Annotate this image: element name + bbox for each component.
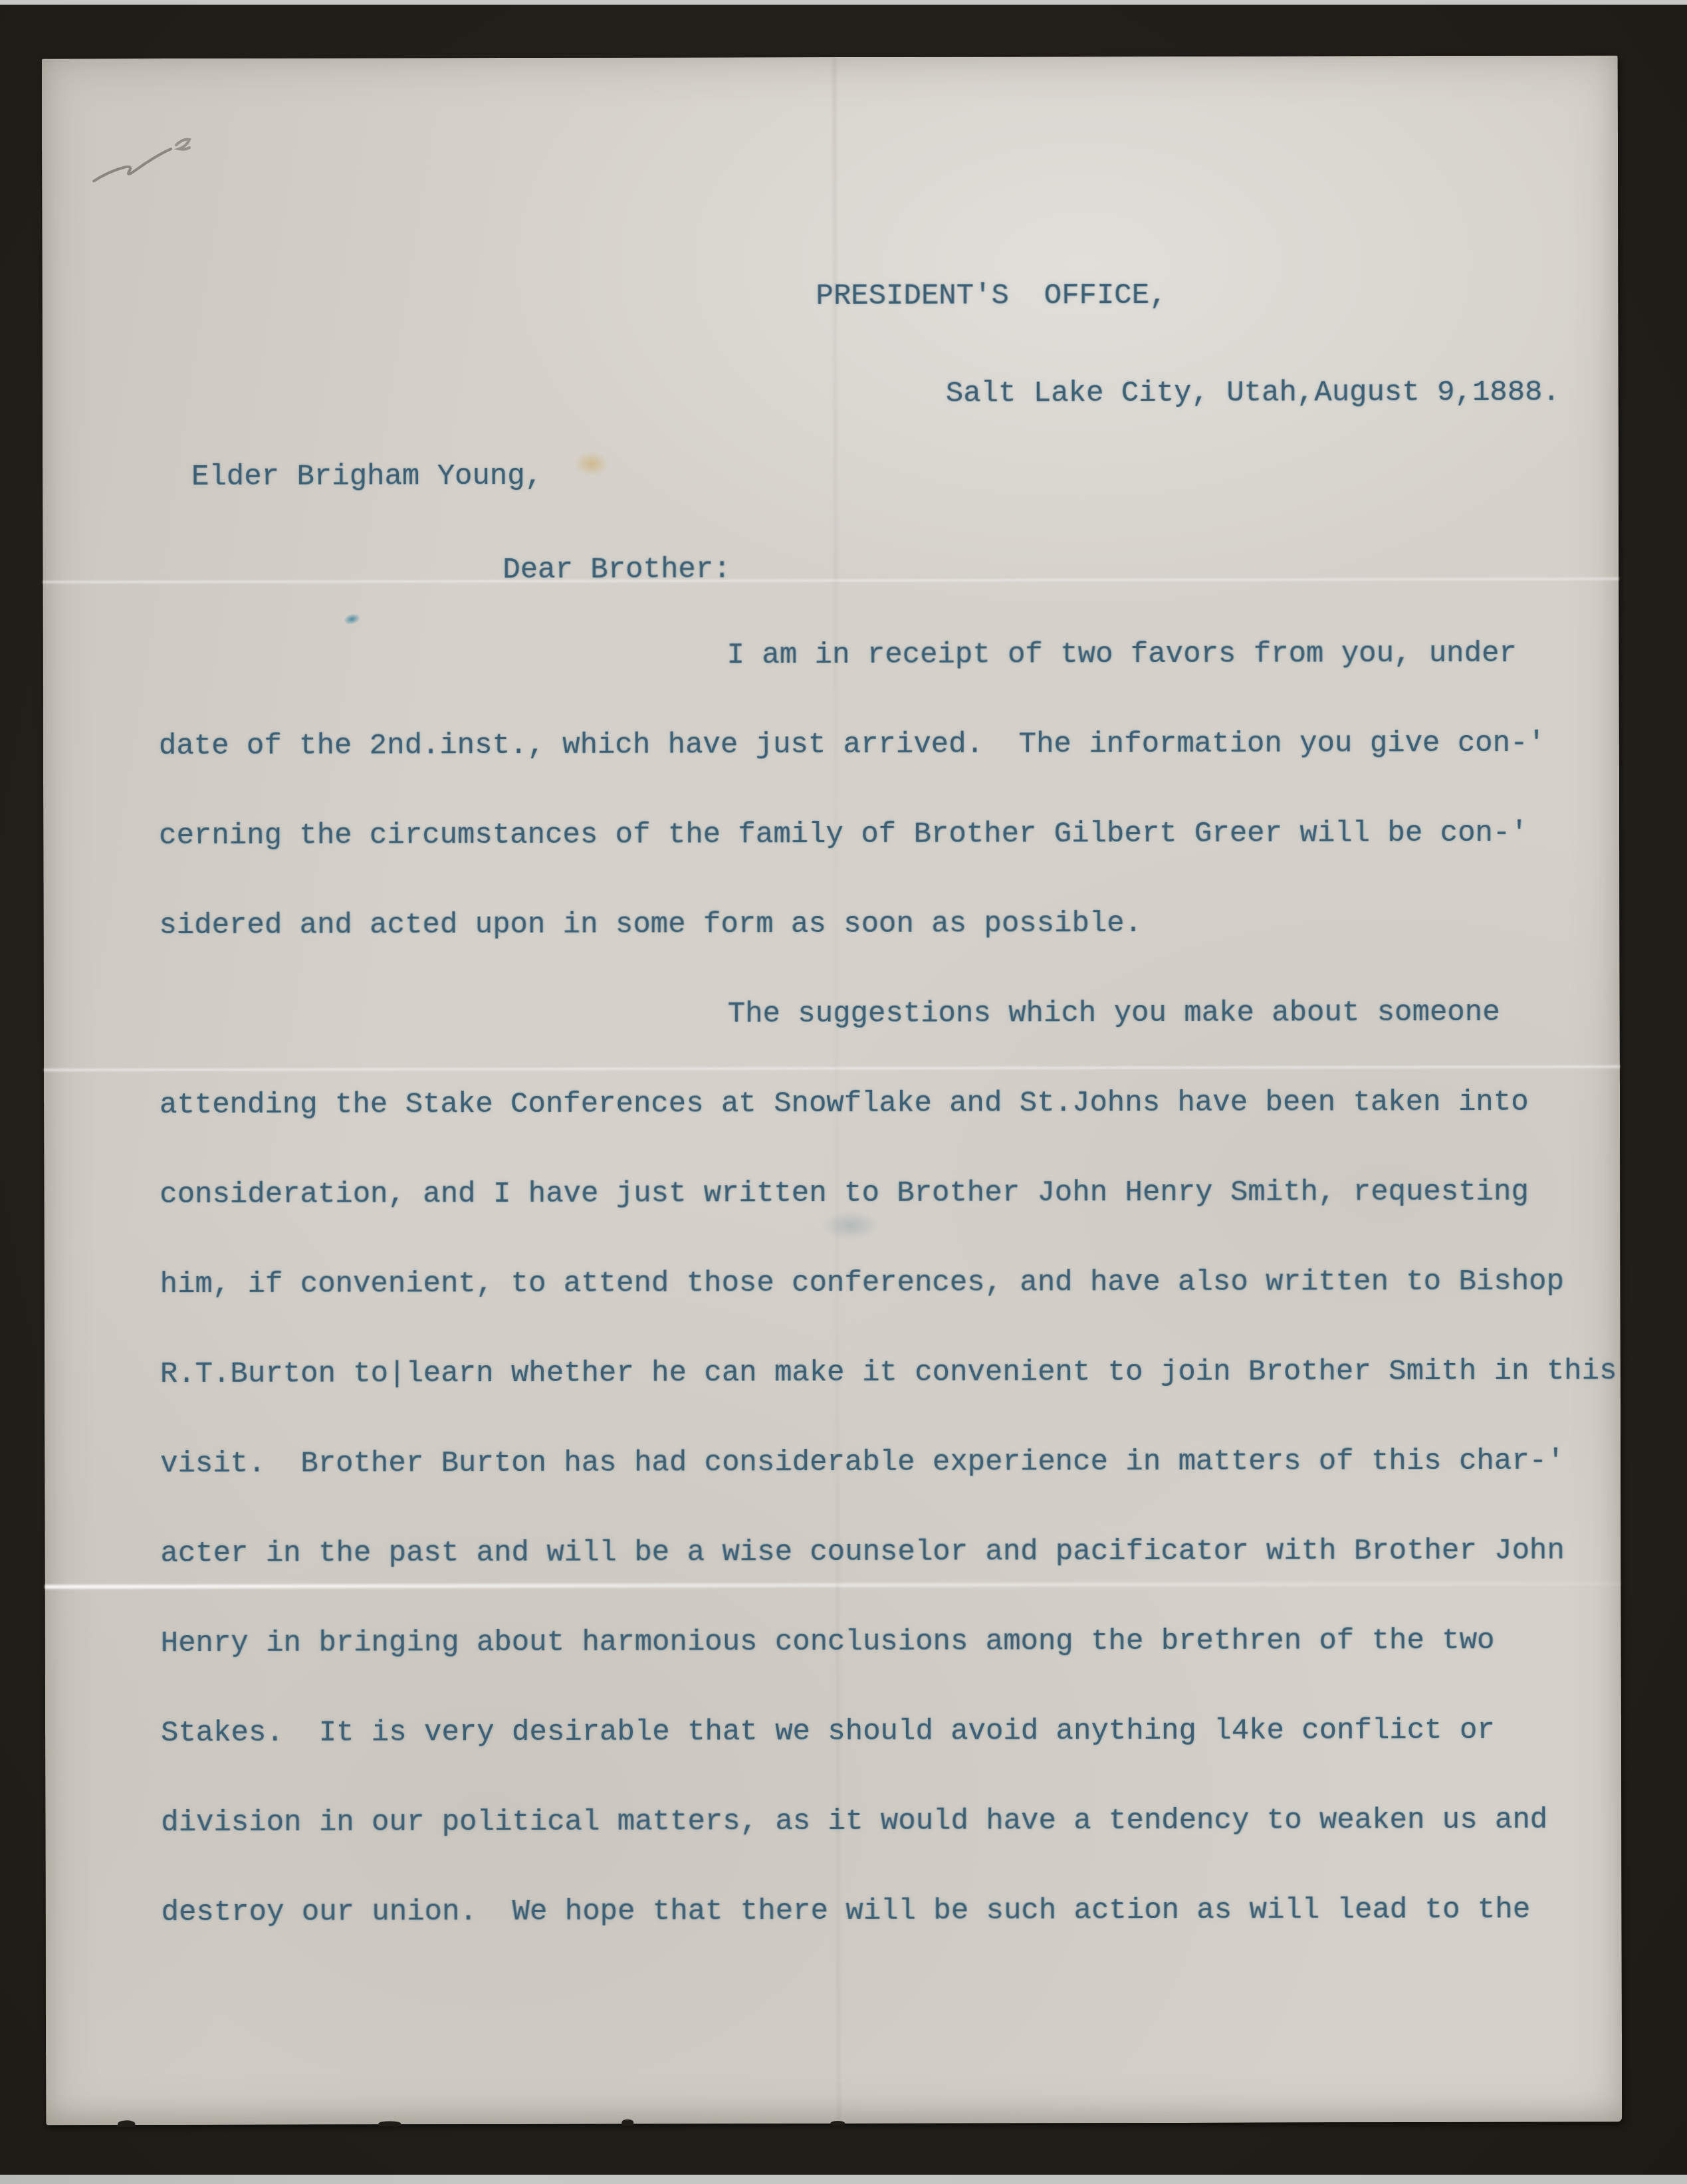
letter-line-16: Stakes. It is very desirable that we sho… — [161, 1715, 1495, 1749]
letter-line-3: Dear Brother: — [503, 554, 731, 586]
fold-crease-upper — [43, 577, 1619, 584]
letter-line-9: attending the Stake Conferences at Snowf… — [160, 1087, 1529, 1121]
letter-line-8: The suggestions which you make about som… — [728, 997, 1500, 1030]
ink-smudge — [820, 1211, 880, 1240]
letter-line-6: cerning the circumstances of the family … — [159, 818, 1528, 852]
letter-line-15: Henry in bringing about harmonious concl… — [161, 1625, 1495, 1660]
letter-line-2: Elder Brigham Young, — [191, 461, 542, 493]
letter-line-4: I am in receipt of two favors from you, … — [727, 638, 1517, 671]
letter-line-18: destroy our union. We hope that there wi… — [162, 1894, 1531, 1929]
blue-ink-fleck — [342, 611, 362, 626]
pen-scribble-mark — [82, 122, 255, 196]
fold-crease-middle — [44, 1065, 1620, 1072]
paper-edge-nick — [830, 2121, 845, 2126]
letter-line-1: Salt Lake City, Utah,August 9,1888. — [946, 377, 1560, 410]
yellow-stain — [574, 451, 609, 477]
photo-mat-background: PRESIDENT'S OFFICE,Salt Lake City, Utah,… — [0, 0, 1687, 2184]
letter-line-7: sidered and acted upon in some form as s… — [159, 908, 1142, 942]
letter-line-17: division in our political matters, as it… — [161, 1804, 1547, 1839]
scan-edge-bottom — [0, 2175, 1687, 2184]
letter-line-12: R.T.Burton to|learn whether he can make … — [160, 1356, 1617, 1391]
letter-page: PRESIDENT'S OFFICE,Salt Lake City, Utah,… — [42, 56, 1623, 2126]
fold-crease-lower — [45, 1582, 1621, 1589]
letter-line-14: acter in the past and will be a wise cou… — [160, 1535, 1564, 1570]
letter-line-13: visit. Brother Burton has had considerab… — [160, 1446, 1564, 1480]
scan-edge-top — [0, 0, 1687, 5]
letter-line-5: date of the 2nd.inst., which have just a… — [159, 728, 1545, 762]
letter-line-0: PRESIDENT'S OFFICE, — [816, 280, 1167, 312]
paper-edge-nick — [621, 2120, 633, 2126]
paper-edge-nick — [378, 2121, 401, 2126]
letter-line-10: consideration, and I have just written t… — [160, 1176, 1529, 1211]
letter-line-11: him, if convenient, to attend those conf… — [160, 1266, 1564, 1301]
paper-edge-nick — [118, 2120, 135, 2127]
